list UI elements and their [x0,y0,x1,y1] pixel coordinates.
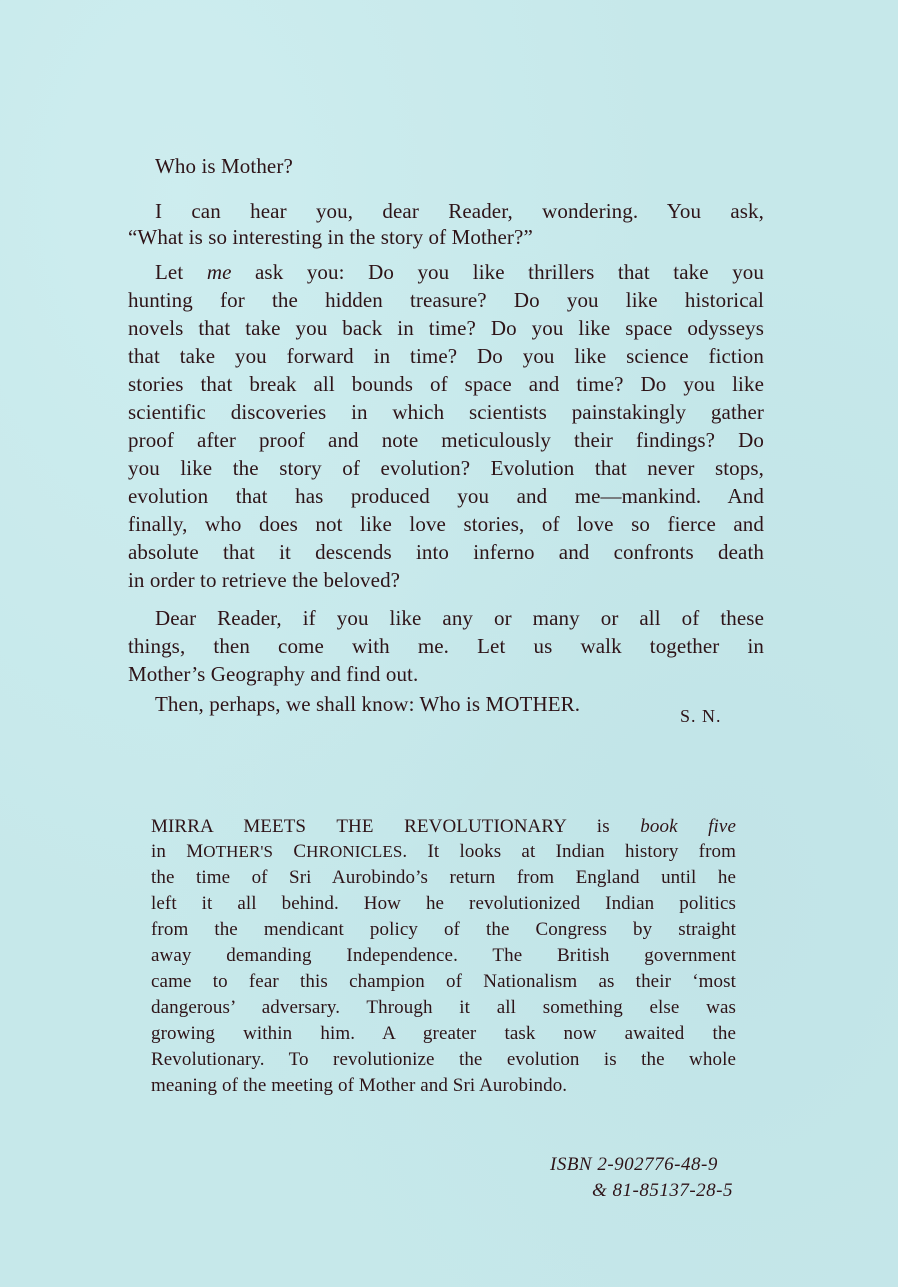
text-run: is [566,816,640,837]
book-back-cover: Who is Mother? I can hear you, dear Read… [0,0,898,1287]
emphasis-me: me [207,260,232,284]
blurb-line7: came to fear this champion of Nationalis… [151,969,736,994]
text-run: . It looks at Indian history from [402,841,736,862]
blurb-line2: in MOTHER'S CHRONICLES. It looks at Indi… [151,839,736,864]
blurb-line9: growing within him. A greater task now a… [151,1021,736,1046]
text-run: ask you: Do you like thrillers that take… [232,260,765,284]
intro-p2-line1: Let me ask you: Do you like thrillers th… [155,259,764,285]
blurb-line1: MIRRA MEETS THE REVOLUTIONARY is book fi… [151,814,736,839]
intro-p2-line9: evolution that has produced you and me—m… [128,483,764,509]
blurb-line5: from the mendicant policy of the Congres… [151,917,736,942]
intro-p2-line5: stories that break all bounds of space a… [128,371,764,397]
intro-p2-line7: proof after proof and note meticulously … [128,427,764,453]
small-caps-rest: OTHER'S [203,842,273,861]
intro-p2-line4: that take you forward in time? Do you li… [128,343,764,369]
small-caps-initial: M [186,841,203,862]
isbn-line1: ISBN 2-902776-48-9 [550,1154,718,1176]
intro-p2-line6: scientific discoveries in which scientis… [128,399,764,425]
intro-p1-line1: I can hear you, dear Reader, wondering. … [155,198,764,224]
text-run: in [151,841,186,862]
intro-p2-line12: in order to retrieve the beloved? [128,567,764,593]
book-title: MIRRA MEETS THE REVOLUTIONARY [151,816,566,837]
small-caps-initial: C [293,841,306,862]
text-run: Let [155,260,207,284]
blurb-line3: the time of Sri Aurobindo’s return from … [151,865,736,890]
intro-p2-line3: novels that take you back in time? Do yo… [128,315,764,341]
signature: S. N. [680,706,722,727]
intro-p3-line2: things, then come with me. Let us walk t… [128,633,764,659]
blurb-line10: Revolutionary. To revolutionize the evol… [151,1047,736,1072]
blurb-line6: away demanding Independence. The British… [151,943,736,968]
intro-p3-line3: Mother’s Geography and find out. [128,661,764,687]
small-caps-rest: HRONICLES [306,842,402,861]
blurb-line11: meaning of the meeting of Mother and Sri… [151,1073,736,1098]
intro-p2-line8: you like the story of evolution? Evoluti… [128,455,764,481]
blurb-line4: left it all behind. How he revolutionize… [151,891,736,916]
isbn-line2: & 81-85137-28-5 [592,1180,733,1202]
intro-p2-line11: absolute that it descends into inferno a… [128,539,764,565]
intro-heading: Who is Mother? [155,153,791,179]
intro-p3-line1: Dear Reader, if you like any or many or … [155,605,764,631]
series-title: MOTHER'S CHRONICLES [186,841,402,862]
blurb-line8: dangerous’ adversary. Through it all som… [151,995,736,1020]
text-run [273,841,293,862]
intro-p2-line10: finally, who does not like love stories,… [128,511,764,537]
emphasis-book-five: book five [640,816,736,837]
intro-p1-line2: “What is so interesting in the story of … [128,224,764,250]
intro-p2-line2: hunting for the hidden treasure? Do you … [128,287,764,313]
